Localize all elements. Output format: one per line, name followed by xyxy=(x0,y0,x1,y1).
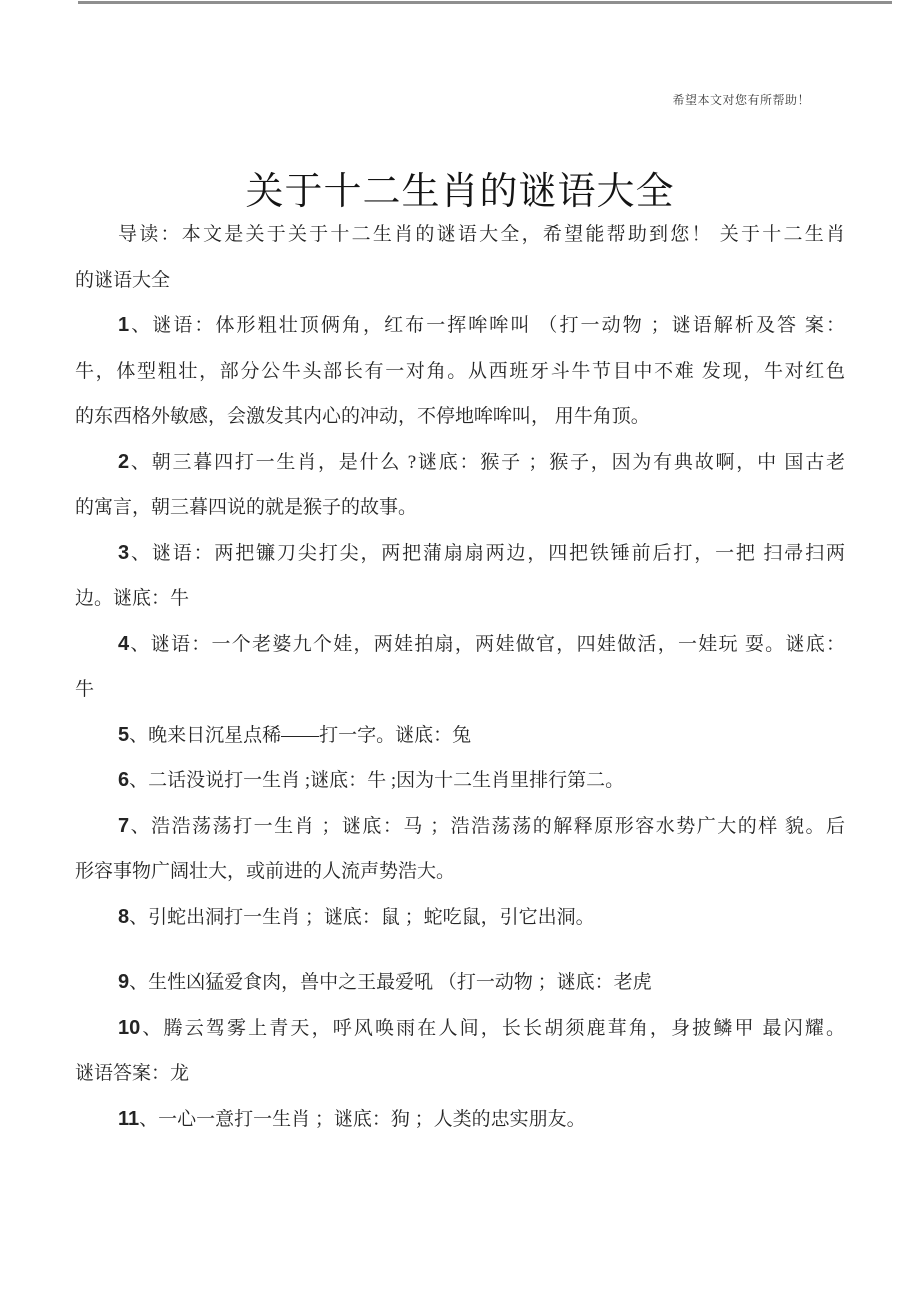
riddle-8-line-1: 8、引蛇出洞打一生肖 ；谜底：鼠 ；蛇吃鼠，引它出洞。 xyxy=(75,895,845,941)
paragraph-riddle-1: 1、谜语：体形粗壮顶俩角，红布一挥哞哞叫 （打一动物 ；谜语解析及答 案：牛，体… xyxy=(75,303,845,440)
paragraph-riddle-10: 10、腾云驾雾上青天，呼风唤雨在人间，长长胡须鹿茸角，身披鳞甲 最闪耀。谜语答案… xyxy=(75,1006,845,1097)
paragraph-riddle-11: 11、一心一意打一生肖 ；谜底：狗 ；人类的忠实朋友。 xyxy=(75,1097,845,1143)
document-body: 导读：本文是关于关于十二生肖的谜语大全，希望能帮助到您！ 关于十二生肖的谜语大全… xyxy=(75,212,845,1142)
riddle-10-line-2: 谜语答案：龙 xyxy=(75,1051,845,1097)
riddle-4-line-2: 牛 xyxy=(75,667,845,713)
riddle-3-line-1: 3、谜语：两把镰刀尖打尖，两把蒲扇扇两边，四把铁锤前后打，一把 扫帚扫两 xyxy=(75,531,845,577)
riddle-6-number: 6 xyxy=(118,769,129,791)
paragraph-riddle-6: 6、二话没说打一生肖 ;谜底：牛 ;因为十二生肖里排行第二。 xyxy=(75,758,845,804)
riddle-5-line-1: 5、晚来日沉星点稀——打一字。谜底：兔 xyxy=(75,713,845,759)
header-note: 希望本文对您有所帮助！ xyxy=(672,91,810,109)
riddle-2-number: 2 xyxy=(118,451,129,473)
riddle-1-line-3: 的东西格外敏感，会激发其内心的冲动，不停地哞哞叫， 用牛角顶。 xyxy=(75,394,845,440)
paragraph-riddle-2: 2、朝三暮四打一生肖，是什么 ?谜底：猴子 ；猴子，因为有典故啊，中 国古老的寓… xyxy=(75,440,845,531)
riddle-2-line-1: 2、朝三暮四打一生肖，是什么 ?谜底：猴子 ；猴子，因为有典故啊，中 国古老 xyxy=(75,440,845,486)
riddle-10-line-1: 10、腾云驾雾上青天，呼风唤雨在人间，长长胡须鹿茸角，身披鳞甲 最闪耀。 xyxy=(75,1006,845,1052)
intro-line-2: 的谜语大全 xyxy=(75,258,845,304)
riddle-9-number: 9 xyxy=(118,971,129,993)
paragraph-riddle-8: 8、引蛇出洞打一生肖 ；谜底：鼠 ；蛇吃鼠，引它出洞。 xyxy=(75,895,845,941)
riddle-6-line-1: 6、二话没说打一生肖 ;谜底：牛 ;因为十二生肖里排行第二。 xyxy=(75,758,845,804)
riddle-1-line-2: 牛，体型粗壮，部分公牛头部长有一对角。从西班牙斗牛节目中不难 发现，牛对红色 xyxy=(75,349,845,395)
paragraph-riddle-3: 3、谜语：两把镰刀尖打尖，两把蒲扇扇两边，四把铁锤前后打，一把 扫帚扫两边。谜底… xyxy=(75,531,845,622)
riddle-11-number: 11 xyxy=(118,1108,139,1130)
riddle-7-line-2: 形容事物广阔壮大，或前进的人流声势浩大。 xyxy=(75,849,845,895)
riddle-4-line-1: 4、谜语：一个老婆九个娃，两娃拍扇，两娃做官，四娃做活，一娃玩 耍。谜底： xyxy=(75,622,845,668)
riddle-8-number: 8 xyxy=(118,906,129,928)
riddle-2-line-2: 的寓言，朝三暮四说的就是猴子的故事。 xyxy=(75,485,845,531)
riddle-7-number: 7 xyxy=(118,815,129,837)
paragraph-riddle-9: 9、生性凶猛爱食肉，兽中之王最爱吼 （打一动物 ；谜底：老虎 xyxy=(75,960,845,1006)
riddle-7-line-1: 7、浩浩荡荡打一生肖 ；谜底：马 ；浩浩荡荡的解释原形容水势广大的样 貌。后 xyxy=(75,804,845,850)
paragraph-riddle-4: 4、谜语：一个老婆九个娃，两娃拍扇，两娃做官，四娃做活，一娃玩 耍。谜底：牛 xyxy=(75,622,845,713)
riddle-5-number: 5 xyxy=(118,724,129,746)
riddle-1-number: 1 xyxy=(118,314,129,336)
riddle-1-line-1: 1、谜语：体形粗壮顶俩角，红布一挥哞哞叫 （打一动物 ；谜语解析及答 案： xyxy=(75,303,845,349)
intro-line-1: 导读：本文是关于关于十二生肖的谜语大全，希望能帮助到您！ 关于十二生肖 xyxy=(75,212,845,258)
riddle-10-number: 10 xyxy=(118,1017,140,1039)
paragraph-intro: 导读：本文是关于关于十二生肖的谜语大全，希望能帮助到您！ 关于十二生肖的谜语大全 xyxy=(75,212,845,303)
riddle-3-number: 3 xyxy=(118,542,129,564)
riddle-3-line-2: 边。谜底：牛 xyxy=(75,576,845,622)
riddle-11-line-1: 11、一心一意打一生肖 ；谜底：狗 ；人类的忠实朋友。 xyxy=(75,1097,845,1143)
document-page: 希望本文对您有所帮助！ 关于十二生肖的谜语大全 导读：本文是关于关于十二生肖的谜… xyxy=(0,0,920,1304)
riddle-4-number: 4 xyxy=(118,633,129,655)
paragraph-riddle-5: 5、晚来日沉星点稀——打一字。谜底：兔 xyxy=(75,713,845,759)
top-accent-bar xyxy=(78,1,892,4)
paragraph-riddle-7: 7、浩浩荡荡打一生肖 ；谜底：马 ；浩浩荡荡的解释原形容水势广大的样 貌。后形容… xyxy=(75,804,845,895)
riddle-9-line-1: 9、生性凶猛爱食肉，兽中之王最爱吼 （打一动物 ；谜底：老虎 xyxy=(75,960,845,1006)
